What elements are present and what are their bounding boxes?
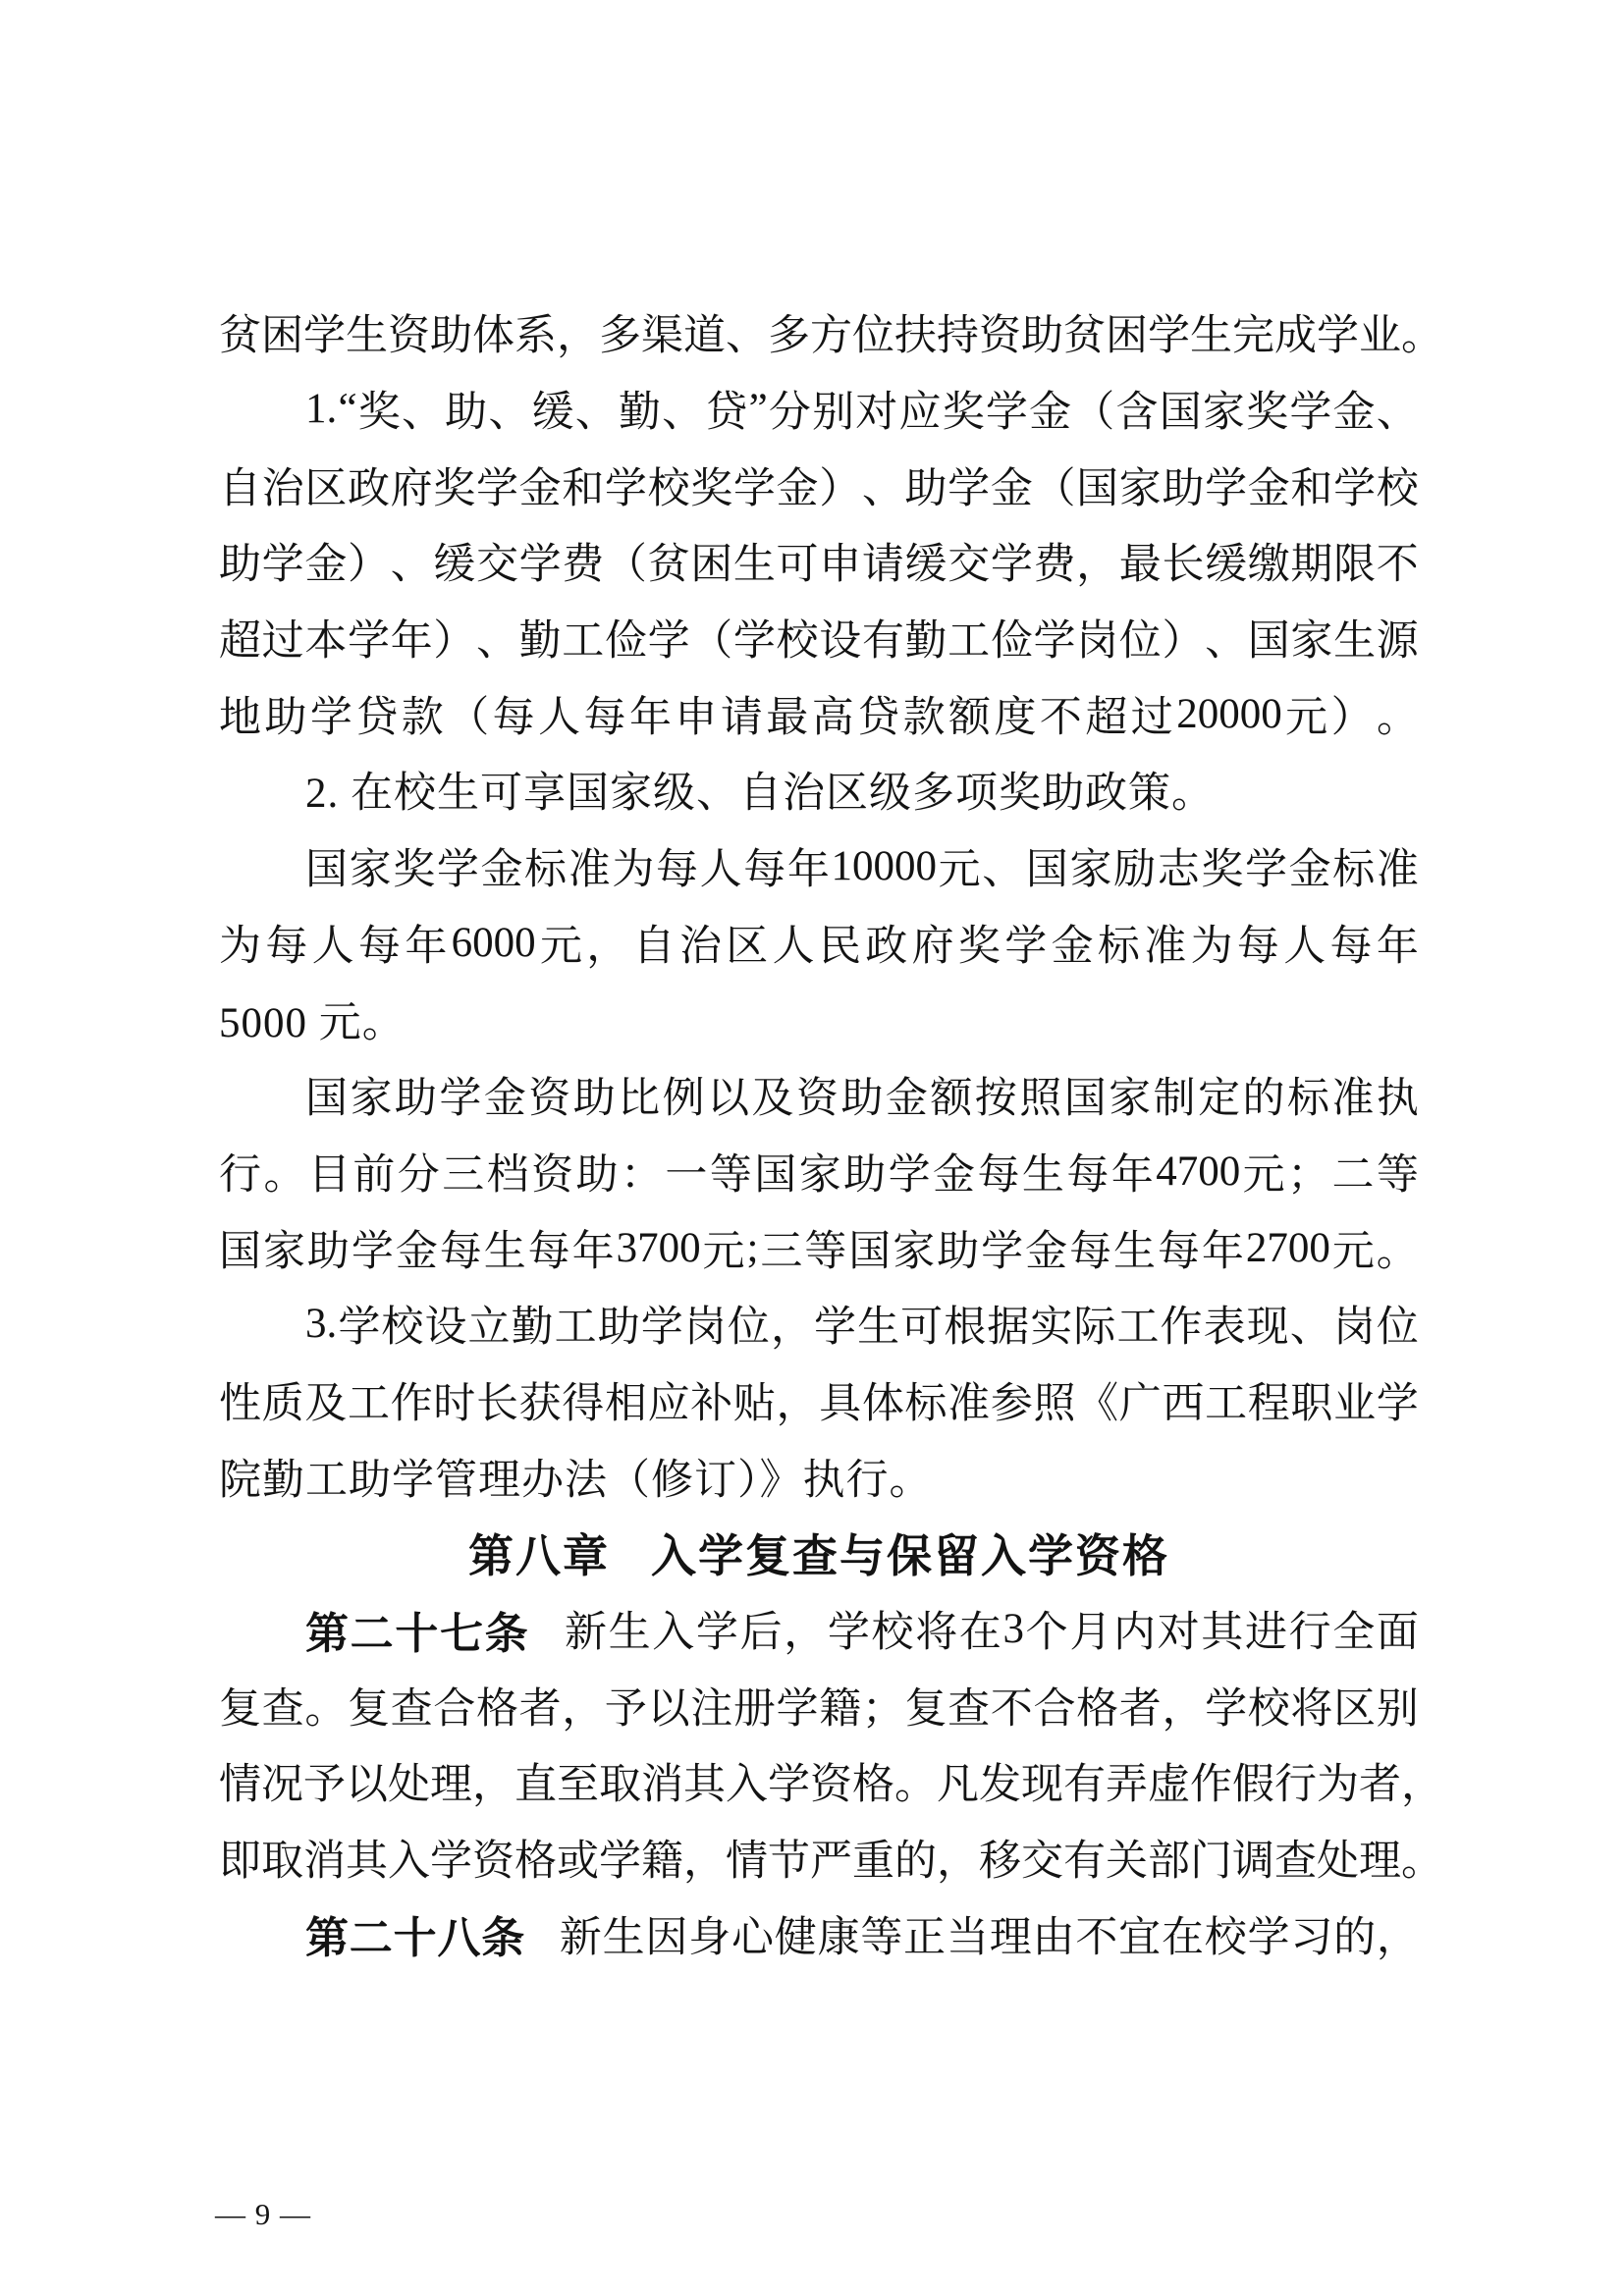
text-line: 地助学贷款（每人每年申请最高贷款额度不超过20000元）。 [219,675,1419,752]
page-number: — 9 — [215,2197,311,2232]
text-line: 国家助学金资助比例以及资助金额按照国家制定的标准执 [219,1057,1419,1134]
text-line: 超过本学年）、勤工俭学（学校设有勤工俭学岗位）、国家生源 [219,600,1419,676]
text-line: 贫困学生资助体系，多渠道、多方位扶持资助贫困学生完成学业。 [219,294,1419,371]
text-line: 1.“奖、助、缓、勤、贷”分别对应奖学金（含国家奖学金、 [219,371,1419,448]
chapter-number: 第八章 [468,1521,610,1585]
chapter-title: 入学复查与保留入学资格 [651,1521,1169,1585]
text-line: 即取消其入学资格或学籍，情节严重的，移交有关部门调查处理。 [219,1820,1419,1896]
text-line: 第二十八条新生因身心健康等正当理由不宜在校学习的， [219,1896,1419,1972]
chapter-heading: 第八章入学复查与保留入学资格 [219,1515,1419,1591]
text-line: 自治区政府奖学金和学校奖学金）、助学金（国家助学金和学校 [219,447,1419,523]
text-line: 情况予以处理，直至取消其入学资格。凡发现有弄虚作假行为者， [219,1743,1419,1820]
text-line: 院勤工助学管理办法（修订）》执行。 [219,1438,1419,1515]
text-line: 行。目前分三档资助：一等国家助学金每生每年4700元；二等 [219,1134,1419,1210]
text-line: 为每人每年6000元，自治区人民政府奖学金标准为每人每年 [219,905,1419,982]
text-block: 贫困学生资助体系，多渠道、多方位扶持资助贫困学生完成学业。 1.“奖、助、缓、勤… [219,294,1419,1972]
text-line: 复查。复查合格者，予以注册学籍；复查不合格者，学校将区别 [219,1667,1419,1743]
text-line: 第二十七条新生入学后，学校将在3个月内对其进行全面 [219,1591,1419,1668]
document-page: 贫困学生资助体系，多渠道、多方位扶持资助贫困学生完成学业。 1.“奖、助、缓、勤… [0,0,1624,2296]
text-line: 助学金）、缓交学费（贫困生可申请缓交学费，最长缓缴期限不 [219,523,1419,600]
text-line: 2. 在校生可享国家级、自治区级多项奖助政策。 [219,752,1419,828]
text-line: 性质及工作时长获得相应补贴，具体标准参照《广西工程职业学 [219,1362,1419,1439]
text-line: 3.学校设立勤工助学岗位，学生可根据实际工作表现、岗位 [219,1286,1419,1362]
text-line: 5000 元。 [219,981,1419,1057]
text-line: 国家奖学金标准为每人每年10000元、国家励志奖学金标准 [219,828,1419,905]
text-line: 国家助学金每生每年3700元;三等国家助学金每生每年2700元。 [219,1209,1419,1286]
